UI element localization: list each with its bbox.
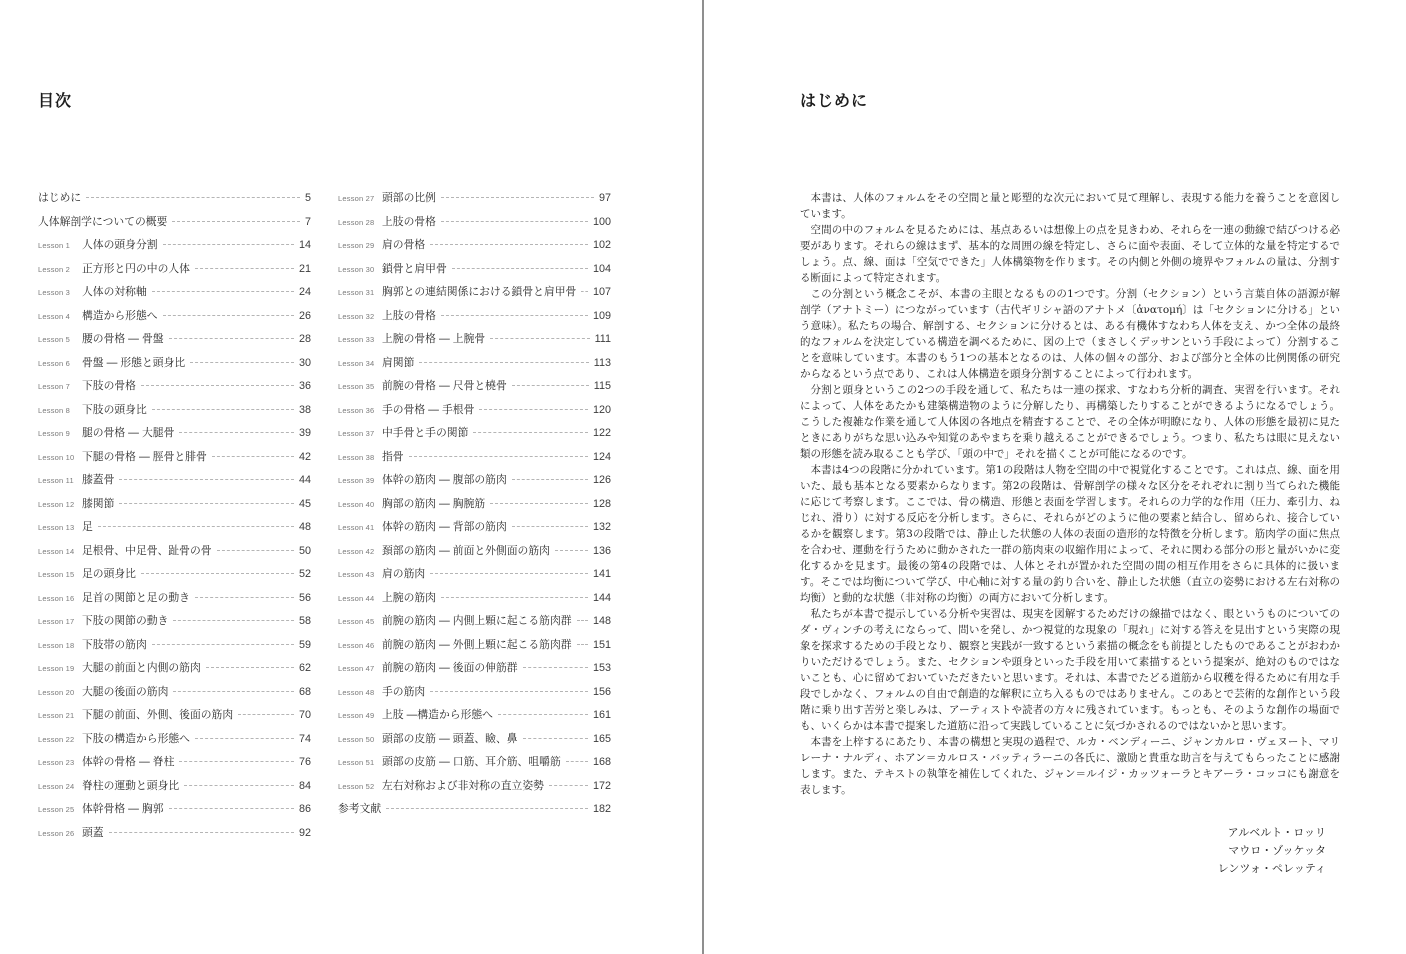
toc-page: 目次 はじめに5人体解剖学についての概要7Lesson 1人体の頭身分割14Le…: [0, 0, 702, 954]
toc-entry-page: 148: [593, 615, 611, 627]
toc-entry-lesson-number: Lesson 3: [38, 288, 82, 297]
toc-entry-lesson-number: Lesson 37: [338, 429, 382, 438]
toc-leader-line: [119, 503, 294, 504]
toc-entry-page: 124: [593, 451, 611, 463]
toc-entry-title: 体幹の骨格 ― 脊柱: [82, 754, 174, 769]
toc-entry-page: 113: [594, 357, 611, 369]
toc-entry: Lesson 25体幹骨格 ― 胸郭86: [38, 801, 311, 825]
toc-entry: Lesson 52左右対称および非対称の直立姿勢172: [338, 778, 611, 802]
toc-entry: Lesson 40胸部の筋肉 ― 胸腕筋128: [338, 496, 611, 520]
toc-entry-lesson-number: Lesson 33: [338, 335, 382, 344]
intro-body: 本書は、人体のフォルムをその空間と量と彫塑的な次元において見て理解し、表現する能…: [800, 190, 1340, 878]
toc-entry: Lesson 10下腿の骨格 ― 脛骨と腓骨42: [38, 449, 311, 473]
intro-paragraph: 分割と頭身というこの2つの手段を通して、私たちは一連の探求、すなわち分析的調査、…: [800, 382, 1340, 462]
toc-entry-title: 参考文献: [338, 801, 381, 816]
toc-leader-line: [179, 432, 294, 433]
toc-leader-line: [206, 667, 294, 668]
toc-entry-page: 76: [299, 756, 311, 768]
toc-entry-lesson-number: Lesson 32: [338, 312, 382, 321]
toc-leader-line: [217, 550, 294, 551]
intro-page: はじめに 本書は、人体のフォルムをその空間と量と彫塑的な次元において見て理解し、…: [703, 0, 1406, 954]
toc-entry-page: 100: [593, 216, 611, 228]
toc-entry-page: 97: [599, 192, 611, 204]
toc-entry-title: 下肢の構造から形態へ: [82, 731, 190, 746]
toc-entry-title: 頚部の筋肉 ― 前面と外側面の筋肉: [382, 543, 550, 558]
toc-entry: Lesson 2正方形と円の中の人体21: [38, 261, 311, 285]
toc-entry-title: 手の筋肉: [382, 684, 425, 699]
toc-entry-lesson-number: Lesson 25: [38, 805, 82, 814]
toc-entry-title: 体幹の筋肉 ― 背部の筋肉: [382, 519, 507, 534]
toc-entry-title: 下腿の前面、外側、後面の筋肉: [82, 707, 233, 722]
toc-leader-line: [109, 832, 294, 833]
toc-entry-page: 39: [299, 427, 311, 439]
toc-entry-page: 24: [299, 286, 311, 298]
toc-entry-page: 165: [593, 733, 611, 745]
toc-entry: Lesson 13足48: [38, 519, 311, 543]
toc-leader-line: [195, 268, 294, 269]
toc-entry-lesson-number: Lesson 10: [38, 453, 82, 462]
toc-leader-line: [195, 738, 294, 739]
toc-entry-title: 胸郭との連結関係における鎖骨と肩甲骨: [382, 284, 576, 299]
toc-entry: Lesson 4構造から形態へ26: [38, 308, 311, 332]
toc-entry-title: 人体の頭身分割: [82, 237, 158, 252]
toc-entry: Lesson 35前腕の骨格 ― 尺骨と橈骨115: [338, 378, 611, 402]
toc-entry-title: 下肢の頭身比: [82, 402, 147, 417]
toc-leader-line: [441, 221, 588, 222]
toc-entry-title: 前腕の骨格 ― 尺骨と橈骨: [382, 378, 507, 393]
toc-entry: Lesson 24脊柱の運動と頭身比84: [38, 778, 311, 802]
toc-entry-title: 左右対称および非対称の直立姿勢: [382, 778, 544, 793]
toc-leader-line: [441, 197, 594, 198]
toc-entry: Lesson 29肩の骨格102: [338, 237, 611, 261]
toc-entry-lesson-number: Lesson 26: [38, 829, 82, 838]
toc-entry-lesson-number: Lesson 39: [338, 476, 382, 485]
toc-entry-title: 頭部の皮筋 ― 頭蓋、瞼、鼻: [382, 731, 518, 746]
toc-entry: Lesson 22下肢の構造から形態へ74: [38, 731, 311, 755]
toc-entry-lesson-number: Lesson 12: [38, 500, 82, 509]
toc-entry: Lesson 26頭蓋92: [38, 825, 311, 849]
toc-leader-line: [173, 691, 294, 692]
toc-entry: Lesson 37中手骨と手の関節122: [338, 425, 611, 449]
book-spread: 目次 はじめに5人体解剖学についての概要7Lesson 1人体の頭身分割14Le…: [0, 0, 1406, 954]
toc-leader-line: [152, 291, 294, 292]
toc-entry-page: 132: [593, 521, 611, 533]
toc-entry-lesson-number: Lesson 24: [38, 782, 82, 791]
toc-entry: Lesson 11膝蓋骨44: [38, 472, 311, 496]
toc-entry-lesson-number: Lesson 44: [338, 594, 382, 603]
toc-entry-page: 144: [593, 592, 611, 604]
toc-entry-title: 上腕の筋肉: [382, 590, 436, 605]
toc-entry-lesson-number: Lesson 47: [338, 664, 382, 673]
toc-entry-title: 上肢の骨格: [382, 308, 436, 323]
toc-entry: Lesson 28上肢の骨格100: [338, 214, 611, 238]
toc-entry: Lesson 21下腿の前面、外側、後面の筋肉70: [38, 707, 311, 731]
toc-entry-title: 鎖骨と肩甲骨: [382, 261, 447, 276]
toc-entry-title: 頭蓋: [82, 825, 104, 840]
toc-entry-page: 7: [305, 216, 311, 228]
toc-entry-lesson-number: Lesson 43: [338, 570, 382, 579]
toc-entry-page: 50: [299, 545, 311, 557]
toc-entry: Lesson 38指骨124: [338, 449, 611, 473]
toc-entry-page: 92: [299, 827, 311, 839]
toc-entry-lesson-number: Lesson 21: [38, 711, 82, 720]
toc-entry-lesson-number: Lesson 5: [38, 335, 82, 344]
toc-entry-lesson-number: Lesson 19: [38, 664, 82, 673]
toc-leader-line: [419, 362, 588, 363]
toc-entry: はじめに5: [38, 190, 311, 214]
toc-entry-lesson-number: Lesson 27: [338, 194, 382, 203]
toc-leader-line: [172, 221, 300, 222]
toc-entry-title: 指骨: [382, 449, 404, 464]
toc-leader-line: [409, 456, 588, 457]
toc-entry: Lesson 49上肢 ―構造から形態へ161: [338, 707, 611, 731]
toc-page-title: 目次: [38, 88, 72, 111]
toc-leader-line: [549, 785, 588, 786]
toc-entry-page: 104: [593, 263, 611, 275]
toc-entry-page: 109: [593, 310, 611, 322]
toc-entry-lesson-number: Lesson 20: [38, 688, 82, 697]
toc-entry-title: 人体の対称軸: [82, 284, 147, 299]
toc-leader-line: [98, 526, 294, 527]
toc-entry-page: 74: [299, 733, 311, 745]
toc-entry-page: 28: [299, 333, 311, 345]
toc-leader-line: [523, 667, 588, 668]
toc-entry-lesson-number: Lesson 4: [38, 312, 82, 321]
toc-entry-title: 下肢帯の筋肉: [82, 637, 147, 652]
toc-entry-page: 136: [593, 545, 611, 557]
toc-entry-lesson-number: Lesson 14: [38, 547, 82, 556]
toc-entry-title: 構造から形態へ: [82, 308, 158, 323]
toc-leader-line: [238, 714, 294, 715]
toc-entry: Lesson 30鎖骨と肩甲骨104: [338, 261, 611, 285]
toc-entry-lesson-number: Lesson 2: [38, 265, 82, 274]
toc-entry-title: 足首の関節と足の動き: [82, 590, 190, 605]
toc-entry: Lesson 1人体の頭身分割14: [38, 237, 311, 261]
toc-entry-page: 42: [299, 451, 311, 463]
intro-paragraph: 本書は4つの段階に分かれています。第1の段階は人物を空間の中で視覚化することです…: [800, 462, 1340, 606]
toc-entry-lesson-number: Lesson 35: [338, 382, 382, 391]
toc-entry-title: 手の骨格 ― 手根骨: [382, 402, 474, 417]
toc-entry: Lesson 41体幹の筋肉 ― 背部の筋肉132: [338, 519, 611, 543]
toc-entry-page: 62: [299, 662, 311, 674]
toc-leader-line: [169, 338, 294, 339]
toc-leader-line: [212, 456, 294, 457]
toc-leader-line: [163, 244, 294, 245]
toc-entry: Lesson 32上肢の骨格109: [338, 308, 611, 332]
toc-entry-page: 14: [299, 239, 311, 251]
toc-entry: Lesson 12膝関節45: [38, 496, 311, 520]
toc-entry-title: 腿の骨格 ― 大腿骨: [82, 425, 174, 440]
toc-entry-title: 腰の骨格 ― 骨盤: [82, 331, 164, 346]
toc-entry: 参考文献182: [338, 801, 611, 825]
intro-page-title: はじめに: [800, 88, 868, 111]
toc-entry: Lesson 8下肢の頭身比38: [38, 402, 311, 426]
toc-entry-title: 前腕の筋肉 ― 後面の伸筋群: [382, 660, 518, 675]
toc-entry-lesson-number: Lesson 23: [38, 758, 82, 767]
toc-column-1: はじめに5人体解剖学についての概要7Lesson 1人体の頭身分割14Lesso…: [38, 190, 311, 848]
toc-entry-page: 21: [299, 263, 311, 275]
toc-columns: はじめに5人体解剖学についての概要7Lesson 1人体の頭身分割14Lesso…: [38, 190, 610, 848]
toc-leader-line: [430, 691, 588, 692]
toc-entry-title: 胸部の筋肉 ― 胸腕筋: [382, 496, 485, 511]
toc-entry-title: 大腿の前面と内側の筋肉: [82, 660, 201, 675]
toc-entry-title: 骨盤 ― 形態と頭身比: [82, 355, 185, 370]
toc-entry-page: 122: [593, 427, 611, 439]
toc-entry: Lesson 44上腕の筋肉144: [338, 590, 611, 614]
toc-entry-page: 115: [594, 380, 611, 392]
author-name: マウロ・ゾッケッタ: [800, 842, 1326, 860]
toc-leader-line: [86, 197, 300, 198]
toc-entry-title: 正方形と円の中の人体: [82, 261, 190, 276]
toc-entry-lesson-number: Lesson 29: [338, 241, 382, 250]
toc-entry-lesson-number: Lesson 8: [38, 406, 82, 415]
toc-entry-lesson-number: Lesson 22: [38, 735, 82, 744]
toc-entry-title: 上肢 ―構造から形態へ: [382, 707, 493, 722]
toc-leader-line: [498, 714, 588, 715]
toc-leader-line: [577, 644, 588, 645]
toc-entry-lesson-number: Lesson 52: [338, 782, 382, 791]
toc-entry-page: 168: [593, 756, 611, 768]
toc-entry-title: 上肢の骨格: [382, 214, 436, 229]
toc-entry-title: 体幹骨格 ― 胸郭: [82, 801, 164, 816]
toc-entry: Lesson 27頭部の比例97: [338, 190, 611, 214]
toc-entry-lesson-number: Lesson 31: [338, 288, 382, 297]
toc-entry-page: 86: [299, 803, 311, 815]
toc-entry-lesson-number: Lesson 45: [338, 617, 382, 626]
toc-entry-page: 26: [299, 310, 311, 322]
toc-leader-line: [163, 315, 294, 316]
toc-leader-line: [490, 338, 589, 339]
toc-entry: Lesson 43肩の筋肉141: [338, 566, 611, 590]
toc-entry-page: 52: [299, 568, 311, 580]
toc-leader-line: [581, 291, 588, 292]
toc-entry: Lesson 42頚部の筋肉 ― 前面と外側面の筋肉136: [338, 543, 611, 567]
toc-entry: Lesson 39体幹の筋肉 ― 腹部の筋肉126: [338, 472, 611, 496]
toc-leader-line: [490, 503, 588, 504]
toc-entry: Lesson 46前腕の筋肉 ― 外側上顆に起こる筋肉群151: [338, 637, 611, 661]
toc-entry: Lesson 7下肢の骨格36: [38, 378, 311, 402]
toc-leader-line: [195, 597, 294, 598]
toc-leader-line: [119, 479, 294, 480]
toc-entry: 人体解剖学についての概要7: [38, 214, 311, 238]
toc-entry-page: 30: [299, 357, 311, 369]
toc-leader-line: [169, 808, 294, 809]
toc-entry-page: 182: [593, 803, 611, 815]
toc-entry-title: 人体解剖学についての概要: [38, 214, 167, 229]
toc-entry-title: 肩の筋肉: [382, 566, 425, 581]
toc-leader-line: [512, 385, 589, 386]
toc-entry-page: 111: [595, 333, 611, 345]
toc-entry: Lesson 36手の骨格 ― 手根骨120: [338, 402, 611, 426]
toc-entry-title: 膝蓋骨: [82, 472, 114, 487]
author-signatures: アルベルト・ロッリマウロ・ゾッケッタレンツォ・ペレッティ: [800, 824, 1340, 878]
toc-entry-title: 中手骨と手の関節: [382, 425, 468, 440]
toc-column-2: Lesson 27頭部の比例97Lesson 28上肢の骨格100Lesson …: [338, 190, 611, 848]
toc-entry-page: 70: [299, 709, 311, 721]
toc-entry-lesson-number: Lesson 7: [38, 382, 82, 391]
toc-leader-line: [179, 761, 294, 762]
toc-entry-lesson-number: Lesson 28: [338, 218, 382, 227]
toc-entry-lesson-number: Lesson 40: [338, 500, 382, 509]
toc-entry-page: 128: [593, 498, 611, 510]
toc-entry-title: 下肢の骨格: [82, 378, 136, 393]
toc-entry: Lesson 31胸郭との連結関係における鎖骨と肩甲骨107: [338, 284, 611, 308]
toc-entry-title: 足根骨、中足骨、趾骨の骨: [82, 543, 212, 558]
toc-entry: Lesson 9腿の骨格 ― 大腿骨39: [38, 425, 311, 449]
toc-entry-lesson-number: Lesson 17: [38, 617, 82, 626]
toc-entry-lesson-number: Lesson 16: [38, 594, 82, 603]
toc-entry-page: 141: [593, 568, 611, 580]
toc-entry: Lesson 6骨盤 ― 形態と頭身比30: [38, 355, 311, 379]
toc-entry-page: 36: [299, 380, 311, 392]
toc-entry-page: 153: [593, 662, 611, 674]
toc-entry: Lesson 15足の頭身比52: [38, 566, 311, 590]
toc-entry-page: 107: [593, 286, 611, 298]
toc-entry-title: 下腿の骨格 ― 脛骨と腓骨: [82, 449, 207, 464]
author-name: アルベルト・ロッリ: [800, 824, 1326, 842]
toc-entry-title: 頭部の比例: [382, 190, 436, 205]
toc-entry: Lesson 16足首の関節と足の動き56: [38, 590, 311, 614]
toc-entry-lesson-number: Lesson 49: [338, 711, 382, 720]
toc-entry-page: 48: [299, 521, 311, 533]
toc-entry-title: 前腕の筋肉 ― 外側上顆に起こる筋肉群: [382, 637, 572, 652]
toc-entry: Lesson 19大腿の前面と内側の筋肉62: [38, 660, 311, 684]
toc-leader-line: [523, 738, 588, 739]
toc-leader-line: [512, 479, 588, 480]
toc-entry-page: 68: [299, 686, 311, 698]
toc-leader-line: [430, 573, 588, 574]
toc-leader-line: [441, 315, 588, 316]
toc-entry-title: 下肢の関節の動き: [82, 613, 168, 628]
toc-entry-title: 大腿の後面の筋肉: [82, 684, 168, 699]
toc-entry-page: 59: [299, 639, 311, 651]
toc-entry-title: 頭部の皮筋 ― 口筋、耳介筋、咀嚼筋: [382, 754, 561, 769]
toc-entry-title: 肩の骨格: [382, 237, 425, 252]
intro-paragraph: 本書を上梓するにあたり、本書の構想と実現の過程で、ルカ・ベンディーニ、ジャンカル…: [800, 734, 1340, 798]
toc-entry-page: 38: [299, 404, 311, 416]
toc-leader-line: [441, 597, 588, 598]
toc-leader-line: [512, 526, 588, 527]
toc-leader-line: [152, 644, 294, 645]
toc-entry-title: 体幹の筋肉 ― 腹部の筋肉: [382, 472, 507, 487]
toc-leader-line: [184, 785, 294, 786]
toc-entry: Lesson 45前腕の筋肉 ― 内側上顆に起こる筋肉群148: [338, 613, 611, 637]
toc-entry-lesson-number: Lesson 48: [338, 688, 382, 697]
toc-entry: Lesson 51頭部の皮筋 ― 口筋、耳介筋、咀嚼筋168: [338, 754, 611, 778]
toc-entry: Lesson 48手の筋肉156: [338, 684, 611, 708]
toc-leader-line: [173, 620, 294, 621]
toc-entry: Lesson 17下肢の関節の動き58: [38, 613, 311, 637]
toc-leader-line: [452, 268, 588, 269]
toc-entry-lesson-number: Lesson 50: [338, 735, 382, 744]
toc-entry-title: はじめに: [38, 190, 81, 205]
toc-entry-lesson-number: Lesson 9: [38, 429, 82, 438]
toc-entry: Lesson 5腰の骨格 ― 骨盤28: [38, 331, 311, 355]
toc-entry-page: 102: [593, 239, 611, 251]
toc-entry-title: 足: [82, 519, 93, 534]
toc-leader-line: [473, 432, 588, 433]
toc-entry-lesson-number: Lesson 18: [38, 641, 82, 650]
toc-entry-page: 126: [593, 474, 611, 486]
toc-entry: Lesson 33上腕の骨格 ― 上腕骨111: [338, 331, 611, 355]
toc-entry: Lesson 50頭部の皮筋 ― 頭蓋、瞼、鼻165: [338, 731, 611, 755]
toc-entry-page: 58: [299, 615, 311, 627]
intro-paragraph: この分割という概念こそが、本書の主眼となるものの1つです。分割（セクション）とい…: [800, 286, 1340, 382]
toc-leader-line: [152, 409, 294, 410]
toc-leader-line: [555, 550, 588, 551]
toc-entry-lesson-number: Lesson 13: [38, 523, 82, 532]
toc-entry: Lesson 18下肢帯の筋肉59: [38, 637, 311, 661]
toc-entry-lesson-number: Lesson 38: [338, 453, 382, 462]
toc-entry-title: 膝関節: [82, 496, 114, 511]
toc-entry-page: 84: [299, 780, 311, 792]
toc-entry-page: 120: [593, 404, 611, 416]
toc-entry: Lesson 3人体の対称軸24: [38, 284, 311, 308]
toc-entry-lesson-number: Lesson 36: [338, 406, 382, 415]
toc-entry-page: 161: [593, 709, 611, 721]
toc-entry-title: 脊柱の運動と頭身比: [82, 778, 179, 793]
toc-leader-line: [386, 808, 588, 809]
toc-entry: Lesson 47前腕の筋肉 ― 後面の伸筋群153: [338, 660, 611, 684]
toc-leader-line: [577, 620, 588, 621]
toc-entry-page: 156: [593, 686, 611, 698]
toc-entry-lesson-number: Lesson 11: [38, 476, 82, 485]
intro-paragraph: 本書は、人体のフォルムをその空間と量と彫塑的な次元において見て理解し、表現する能…: [800, 190, 1340, 222]
intro-paragraph: 私たちが本書で提示している分析や実習は、現実を図解するためだけの線描ではなく、眼…: [800, 606, 1340, 734]
toc-entry-page: 151: [593, 639, 611, 651]
toc-entry-title: 肩関節: [382, 355, 414, 370]
toc-leader-line: [566, 761, 588, 762]
toc-entry-lesson-number: Lesson 15: [38, 570, 82, 579]
toc-leader-line: [141, 385, 294, 386]
toc-entry-lesson-number: Lesson 6: [38, 359, 82, 368]
intro-paragraph: 空間の中のフォルムを見るためには、基点あるいは想像上の点を見きわめ、それらを一連…: [800, 222, 1340, 286]
toc-leader-line: [430, 244, 588, 245]
toc-entry-page: 5: [305, 192, 311, 204]
toc-entry: Lesson 20大腿の後面の筋肉68: [38, 684, 311, 708]
toc-entry-lesson-number: Lesson 46: [338, 641, 382, 650]
toc-entry: Lesson 23体幹の骨格 ― 脊柱76: [38, 754, 311, 778]
toc-leader-line: [190, 362, 294, 363]
toc-entry-lesson-number: Lesson 30: [338, 265, 382, 274]
toc-entry-title: 上腕の骨格 ― 上腕骨: [382, 331, 485, 346]
toc-entry-lesson-number: Lesson 42: [338, 547, 382, 556]
toc-entry: Lesson 34肩関節113: [338, 355, 611, 379]
author-name: レンツォ・ペレッティ: [800, 860, 1326, 878]
toc-entry-lesson-number: Lesson 51: [338, 758, 382, 767]
toc-leader-line: [141, 573, 294, 574]
toc-entry-lesson-number: Lesson 34: [338, 359, 382, 368]
toc-entry-lesson-number: Lesson 1: [38, 241, 82, 250]
toc-entry-page: 44: [299, 474, 311, 486]
toc-entry-page: 172: [593, 780, 611, 792]
toc-entry-lesson-number: Lesson 41: [338, 523, 382, 532]
toc-leader-line: [479, 409, 588, 410]
toc-entry: Lesson 14足根骨、中足骨、趾骨の骨50: [38, 543, 311, 567]
toc-entry-title: 足の頭身比: [82, 566, 136, 581]
toc-entry-title: 前腕の筋肉 ― 内側上顆に起こる筋肉群: [382, 613, 572, 628]
toc-entry-page: 56: [299, 592, 311, 604]
toc-entry-page: 45: [299, 498, 311, 510]
